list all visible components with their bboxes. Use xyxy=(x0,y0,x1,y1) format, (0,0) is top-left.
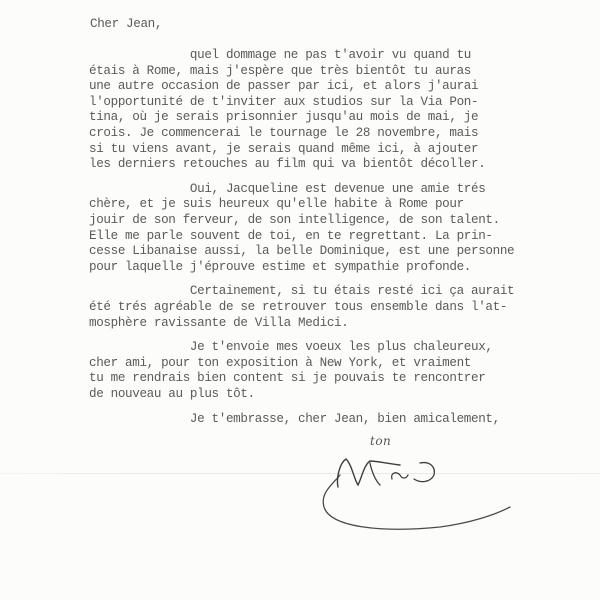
letter-line: crois. Je commencerai le tournage le 28 … xyxy=(89,125,478,141)
letter-line: jouir de son ferveur, de son intelligenc… xyxy=(89,212,500,228)
letter-line: de nouveau au plus tôt. xyxy=(89,386,255,402)
letter-page: Cher Jean, quel dommage ne pas t'avoir v… xyxy=(0,0,600,600)
letter-line: une autre occasion de passer par ici, et… xyxy=(89,78,478,94)
letter-line: tina, où je serais prisonnier jusqu'au m… xyxy=(89,109,478,125)
letter-greeting: Cher Jean, xyxy=(90,17,162,31)
letter-line: cher ami, pour ton exposition à New York… xyxy=(89,355,471,371)
letter-line: mosphère ravissante de Villa Medici. xyxy=(89,315,348,331)
letter-line: Elle me parle souvent de toi, en te regr… xyxy=(89,228,493,244)
letter-line: Oui, Jacqueline est devenue une amie tré… xyxy=(89,181,485,197)
handwritten-signature xyxy=(310,455,520,540)
letter-line: étais à Rome, mais j'espère que très bie… xyxy=(89,63,471,79)
letter-line: pour laquelle j'éprouve estime et sympat… xyxy=(89,259,471,275)
letter-line: cesse Libanaise aussi, la belle Dominiqu… xyxy=(89,243,514,259)
signature-note: ton xyxy=(370,434,391,448)
letter-line: Certainement, si tu étais resté ici ça a… xyxy=(89,283,514,299)
letter-line: chère, et je suis heureux qu'elle habite… xyxy=(89,196,464,212)
letter-line: l'opportunité de t'inviter aux studios s… xyxy=(89,94,478,110)
letter-line: Je t'embrasse, cher Jean, bien amicaleme… xyxy=(89,411,500,427)
letter-line: tu me rendrais bien content si je pouvai… xyxy=(89,370,485,386)
letter-line: Je t'envoie mes voeux les plus chaleureu… xyxy=(89,339,493,355)
letter-line: si tu viens avant, je serais quand même … xyxy=(89,141,478,157)
letter-line: quel dommage ne pas t'avoir vu quand tu xyxy=(89,47,471,63)
letter-line: les derniers retouches au film qui va bi… xyxy=(89,156,485,172)
letter-line: été trés agréable de se retrouver tous e… xyxy=(89,299,507,315)
